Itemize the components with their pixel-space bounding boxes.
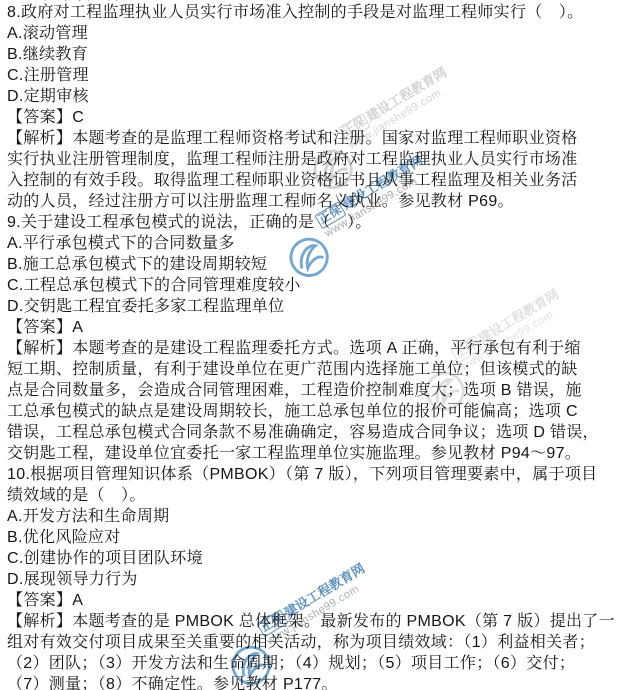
question-10-answer: 【答案】A	[7, 590, 617, 611]
question-9-analysis-line: 错误，工程总承包模式合同条款不易准确确定，容易造成合同争议；选项 D 错误，	[7, 422, 617, 443]
question-10-option-b: B.优化风险应对	[7, 527, 617, 548]
question-9-answer: 【答案】A	[7, 317, 617, 338]
question-9-analysis-line: 交钥匙工程，建设单位宜委托一家工程监理单位实施监理。参见教材 P94～97。	[7, 443, 617, 464]
question-8-analysis-line: 动的人员，经过注册方可以注册监理工程师名义执业。参见教材 P69。	[7, 191, 617, 212]
question-10-analysis-line: （2）团队；（3）开发方法和生命周期；（4）规划；（5）项目工作；（6）交付；	[7, 653, 617, 674]
question-10-stem: 10.根据项目管理知识体系（PMBOK）（第 7 版），下列项目管理要素中，属于…	[7, 464, 617, 485]
question-10-analysis-line: 组对有效交付项目成果至关重要的相关活动，称为项目绩效域：（1）利益相关者；	[7, 632, 617, 653]
question-9-option-c: C.工程总承包模式下的合同管理难度较小	[7, 275, 617, 296]
question-9-option-d: D.交钥匙工程宜委托多家工程监理单位	[7, 296, 617, 317]
question-8-option-a: A.滚动管理	[7, 23, 617, 44]
question-10-analysis-line: （7）测量；（8）不确定性。参见教材 P177。	[7, 674, 617, 690]
question-8-option-d: D.定期审核	[7, 86, 617, 107]
question-8-analysis-line: 【解析】本题考查的是监理工程师资格考试和注册。国家对监理工程师职业资格	[7, 128, 617, 149]
question-8-analysis-line: 实行执业注册管理制度，监理工程师注册是政府对工程监理执业人员实行市场准	[7, 149, 617, 170]
question-10-option-a: A.开发方法和生命周期	[7, 506, 617, 527]
question-10-option-d: D.展现领导力行为	[7, 569, 617, 590]
question-8-option-b: B.继续教育	[7, 44, 617, 65]
question-8-stem: 8.政府对工程监理执业人员实行市场准入控制的手段是对监理工程师实行（ ）。	[7, 2, 617, 23]
question-8-option-c: C.注册管理	[7, 65, 617, 86]
question-9-option-b: B.施工总承包模式下的建设周期较短	[7, 254, 617, 275]
question-9-analysis-line: 点是合同数量多，会造成合同管理困难，工程造价控制难度大；选项 B 错误，施	[7, 380, 617, 401]
question-9-option-a: A.平行承包模式下的合同数量多	[7, 233, 617, 254]
question-10-stem: 绩效域的是（ ）。	[7, 485, 617, 506]
question-8-analysis-line: 入控制的有效手段。取得监理工程师职业资格证书且从事工程监理及相关业务活	[7, 170, 617, 191]
question-9-analysis-line: 工总承包模式的缺点是建设周期较长，施工总承包单位的报价可能偏高；选项 C	[7, 401, 617, 422]
question-9-analysis-line: 【解析】本题考查的是建设工程监理委托方式。选项 A 正确，平行承包有利于缩	[7, 338, 617, 359]
question-8-answer: 【答案】C	[7, 107, 617, 128]
questions-container: 8.政府对工程监理执业人员实行市场准入控制的手段是对监理工程师实行（ ）。A.滚…	[7, 2, 617, 690]
question-10-analysis-line: 【解析】本题考查的是 PMBOK 总体框架。最新发布的 PMBOK（第 7 版）…	[7, 611, 617, 632]
question-9-stem: 9.关于建设工程承包模式的说法，正确的是（ ）。	[7, 212, 617, 233]
question-10-option-c: C.创建协作的项目团队环境	[7, 548, 617, 569]
question-9-analysis-line: 短工期、控制质量，有利于建设单位在更广范围内选择施工单位；但该模式的缺	[7, 359, 617, 380]
